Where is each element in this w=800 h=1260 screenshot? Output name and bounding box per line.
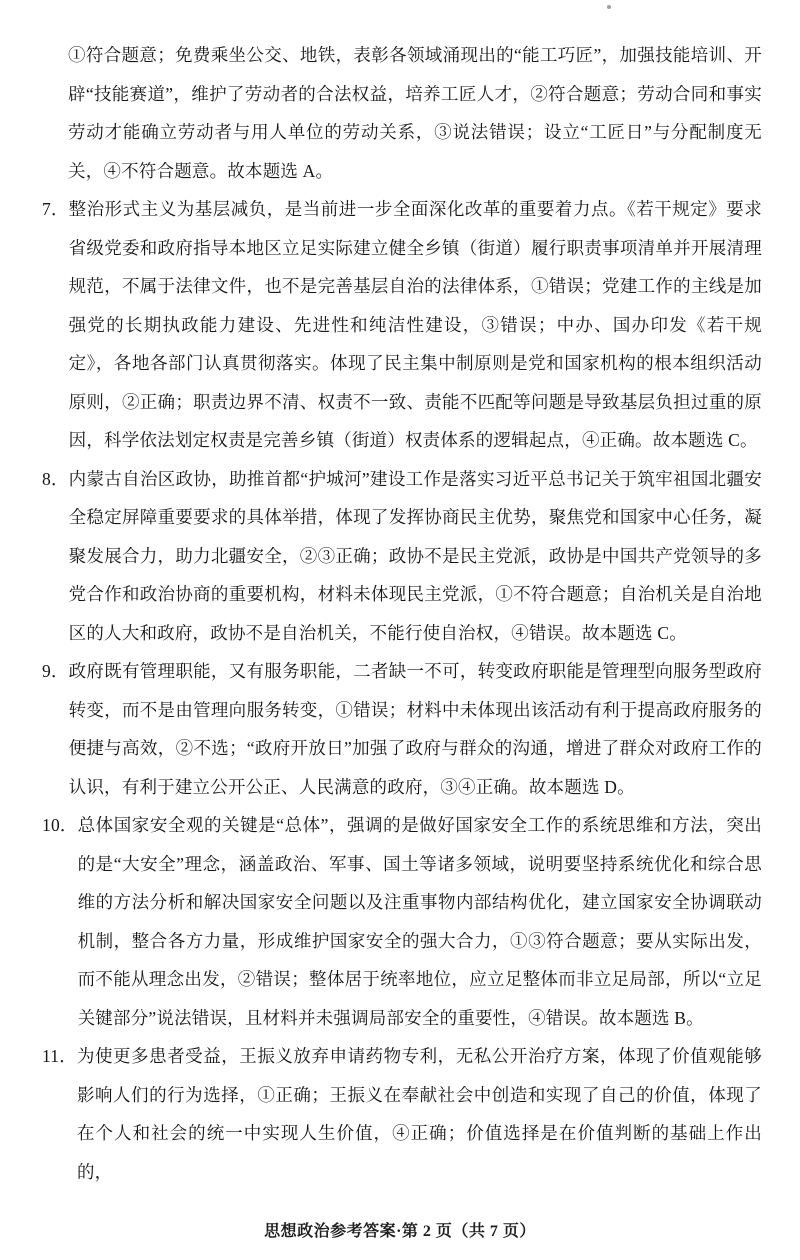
answer-item-8: 8． 内蒙古自治区政协，助推首都“护城河”建设工作是落实习近平总书记关于筑牢祖国… [42, 460, 762, 653]
answer-text: 为使更多患者受益，王振义放弃申请药物专利，无私公开治疗方案，体现了价值观能够影响… [77, 1037, 762, 1191]
answer-item-6-continuation: ①符合题意；免费乘坐公交、地铁，表彰各领域涌现出的“能工巧匠”，加强技能培训、开… [42, 36, 762, 190]
answer-item-10: 10． 总体国家安全观的关键是“总体”，强调的是做好国家安全工作的系统思维和方法… [42, 806, 762, 1037]
item-number: 8． [42, 460, 69, 499]
answer-item-9: 9． 政府既有管理职能，又有服务职能，二者缺一不可，转变政府职能是管理型向服务型… [42, 652, 762, 806]
answer-item-11: 11． 为使更多患者受益，王振义放弃申请药物专利，无私公开治疗方案，体现了价值观… [42, 1037, 762, 1191]
answer-text: 总体国家安全观的关键是“总体”，强调的是做好国家安全工作的系统思维和方法，突出的… [78, 806, 762, 1037]
answer-sheet-page: ①符合题意；免费乘坐公交、地铁，表彰各领域涌现出的“能工巧匠”，加强技能培训、开… [0, 0, 800, 1260]
answer-text: 政府既有管理职能，又有服务职能，二者缺一不可，转变政府职能是管理型向服务型政府转… [69, 652, 762, 806]
item-number: 10． [42, 806, 78, 845]
answer-text: ①符合题意；免费乘坐公交、地铁，表彰各领域涌现出的“能工巧匠”，加强技能培训、开… [68, 36, 762, 190]
answer-text: 内蒙古自治区政协，助推首都“护城河”建设工作是落实习近平总书记关于筑牢祖国北疆安… [69, 460, 762, 653]
item-number: 9． [42, 652, 69, 691]
answer-text: 整治形式主义为基层减负，是当前进一步全面深化改革的重要着力点。《若干规定》要求省… [69, 190, 762, 460]
item-number: 11． [42, 1037, 77, 1076]
answer-item-7: 7． 整治形式主义为基层减负，是当前进一步全面深化改革的重要着力点。《若干规定》… [42, 190, 762, 460]
scan-speck-dot [607, 5, 611, 9]
page-footer: 思想政治参考答案·第 2 页（共 7 页） [0, 1218, 800, 1241]
footer-page-label: 思想政治参考答案·第 2 页（共 7 页） [264, 1223, 536, 1240]
answers-content: ①符合题意；免费乘坐公交、地铁，表彰各领域涌现出的“能工巧匠”，加强技能培训、开… [0, 0, 800, 1191]
item-number: 7． [42, 190, 69, 229]
